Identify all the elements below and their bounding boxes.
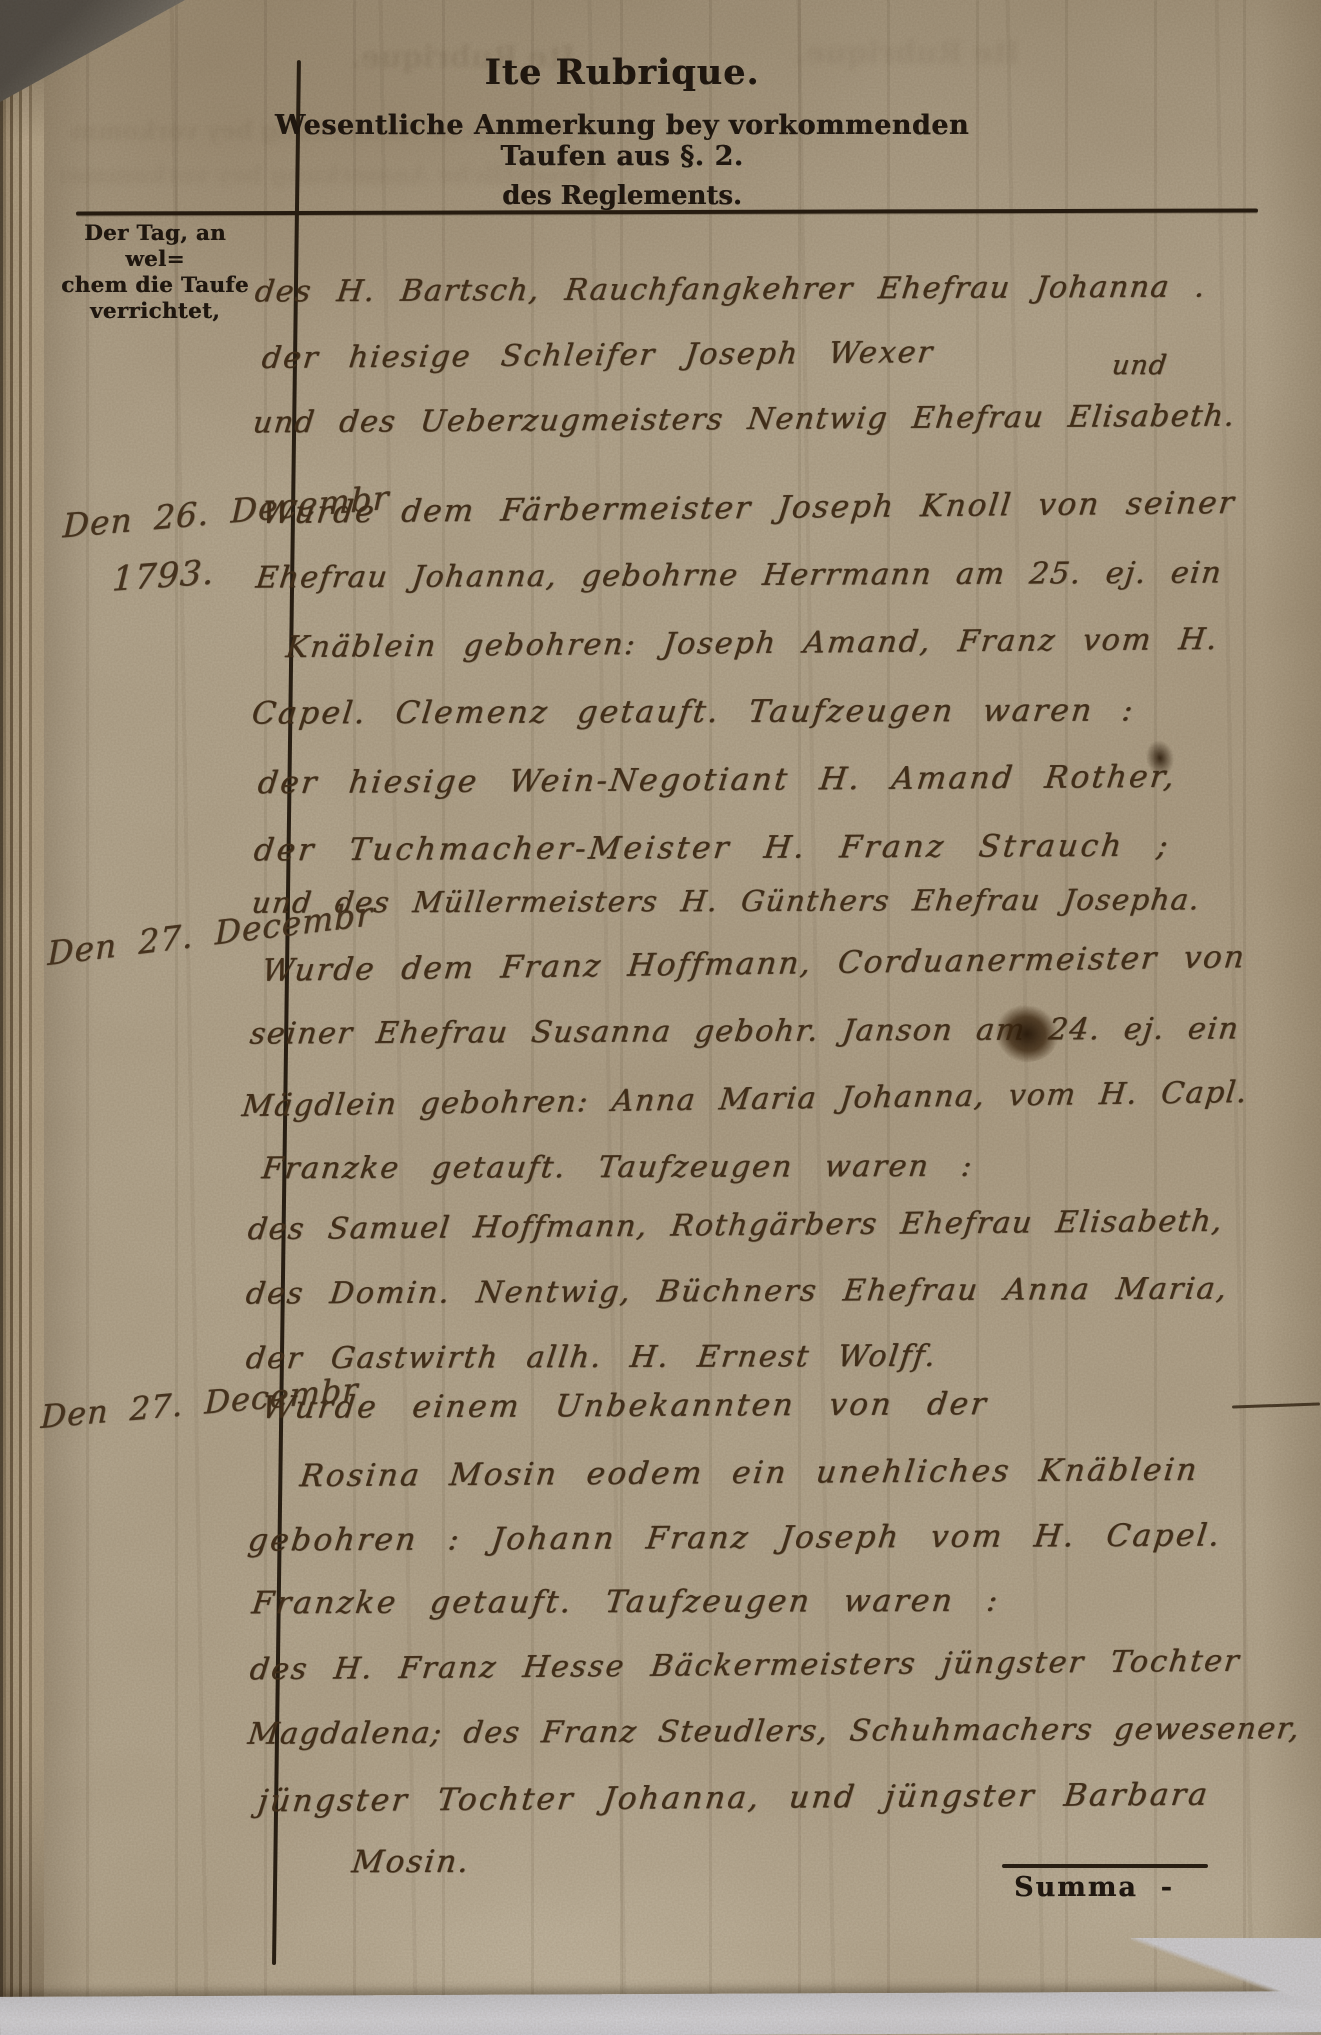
date-label: 1793. <box>111 552 215 599</box>
handwritten-line: Magdalena; des Franz Steudlers, Schuhmac… <box>246 1711 1302 1752</box>
handwriting-layer: des H. Bartsch, Rauchfangkehrer Ehefrau … <box>0 0 1321 2035</box>
handwritten-line: der hiesige Schleifer Joseph Wexer <box>260 335 936 376</box>
paper: Ite Rubrique. Ite Rubrique. Wesentliche … <box>0 0 1321 2035</box>
handwritten-line: Wurde einem Unbekannten von der <box>260 1386 990 1426</box>
handwritten-line: Knäblein gebohren: Joseph Amand, Franz v… <box>284 622 1220 665</box>
handwritten-line: Rosina Mosin eodem ein unehliches Knäble… <box>298 1452 1201 1494</box>
handwritten-line: Capel. Clemenz getauft. Taufzeugen waren… <box>250 692 1137 731</box>
scanned-register-page: Ite Rubrique. Ite Rubrique. Wesentliche … <box>0 0 1321 2035</box>
handwritten-line: Franzke getauft. Taufzeugen waren : <box>260 1149 976 1186</box>
handwritten-line: jüngster Tochter Johanna, und jüngster B… <box>256 1777 1211 1820</box>
handwritten-line: Wurde dem Färbermeister Joseph Knoll von… <box>260 485 1237 531</box>
handwritten-line: Wurde dem Franz Hoffmann, Corduanermeist… <box>260 939 1248 989</box>
handwritten-line: und des Müllermeisters H. Günthers Ehefr… <box>250 882 1202 919</box>
handwritten-line: seiner Ehefrau Susanna gebohr. Janson am… <box>248 1011 1241 1051</box>
handwritten-line: und des Ueberzugmeisters Nentwig Ehefrau… <box>251 399 1238 441</box>
handwritten-line: Ehefrau Johanna, gebohrne Herrmann am 25… <box>254 555 1224 595</box>
handwritten-line: Franzke getauft. Taufzeugen waren : <box>250 1583 1002 1622</box>
handwritten-line: der Tuchmacher-Meister H. Franz Strauch … <box>252 828 1173 869</box>
handwritten-line: des H. Franz Hesse Bäckermeisters jüngst… <box>248 1644 1242 1688</box>
handwritten-line: des Domin. Nentwig, Büchners Ehefrau Ann… <box>244 1271 1230 1311</box>
handwritten-line: der hiesige Wein-Negotiant H. Amand Roth… <box>256 759 1178 801</box>
handwritten-line: des H. Bartsch, Rauchfangkehrer Ehefrau … <box>253 269 1208 309</box>
handwritten-line: des Samuel Hoffmann, Rothgärbers Ehefrau… <box>246 1204 1225 1248</box>
handwritten-line: gebohren : Johann Franz Joseph vom H. Ca… <box>246 1517 1224 1558</box>
handwritten-line: und <box>1110 350 1169 381</box>
handwritten-line: Mägdlein gebohren: Anna Maria Johanna, v… <box>240 1075 1250 1124</box>
handwritten-line: Mosin. <box>350 1844 472 1880</box>
